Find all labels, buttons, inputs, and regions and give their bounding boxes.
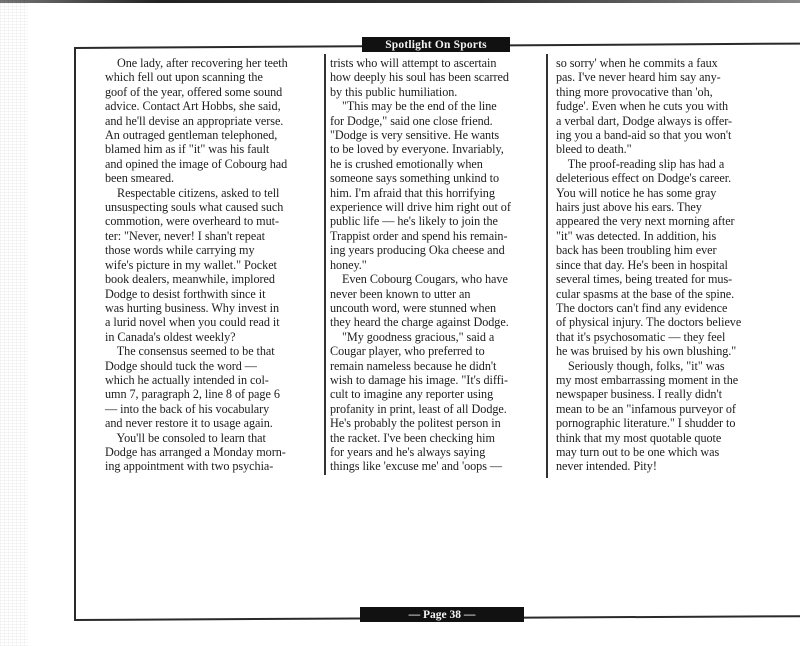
text-line: "This may be the end of the line bbox=[330, 99, 542, 113]
text-line: cular spasms at the base of the spine. bbox=[556, 287, 781, 301]
text-line: Even Cobourg Cougars, who have bbox=[330, 272, 542, 286]
text-line: hairs just above his ears. They bbox=[556, 200, 781, 214]
text-line: for Dodge," said one close friend. bbox=[330, 114, 542, 128]
text-line: which fell out upon scanning the bbox=[105, 70, 317, 84]
article-column-3: so sorry' when he commits a fauxpas. I'v… bbox=[556, 56, 781, 474]
text-line: uncouth word, were stunned when bbox=[330, 301, 542, 315]
text-line: Dodge has arranged a Monday morn- bbox=[105, 445, 317, 459]
text-line: thing more provocative than 'oh, bbox=[556, 85, 781, 99]
text-line: The doctors can't find any evidence bbox=[556, 301, 781, 315]
text-line: He's probably the politest person in bbox=[330, 416, 542, 430]
text-line: was hurting business. Why invest in bbox=[105, 301, 317, 315]
text-line: and opined the image of Cobourg had bbox=[105, 157, 317, 171]
text-line: appeared the very next morning after bbox=[556, 214, 781, 228]
text-line: honey." bbox=[330, 258, 542, 272]
text-line: since that day. He's been in hospital bbox=[556, 258, 781, 272]
text-line: umn 7, paragraph 2, line 8 of page 6 bbox=[105, 387, 317, 401]
text-line: back has been troubling him ever bbox=[556, 243, 781, 257]
text-line: may turn out to be one which was bbox=[556, 445, 781, 459]
text-line: been smeared. bbox=[105, 171, 317, 185]
text-line: The proof-reading slip has had a bbox=[556, 157, 781, 171]
article-column-1: One lady, after recovering her teethwhic… bbox=[105, 56, 317, 474]
page-number: — Page 38 — bbox=[360, 607, 524, 622]
text-line: experience will drive him right out of bbox=[330, 200, 542, 214]
text-line: — into the back of his vocabulary bbox=[105, 402, 317, 416]
text-line: You will notice he has some gray bbox=[556, 186, 781, 200]
text-line: and never restore it to usage again. bbox=[105, 416, 317, 430]
text-line: blamed him as if "it" was his fault bbox=[105, 142, 317, 156]
column-divider bbox=[546, 54, 548, 478]
text-line: they heard the charge against Dodge. bbox=[330, 315, 542, 329]
text-line: deleterious effect on Dodge's career. bbox=[556, 171, 781, 185]
scan-left-margin-noise bbox=[0, 0, 28, 646]
text-line: The consensus seemed to be that bbox=[105, 344, 317, 358]
text-line: a lurid novel when you could read it bbox=[105, 315, 317, 329]
column-divider bbox=[324, 54, 326, 475]
text-line: him. I'm afraid that this horrifying bbox=[330, 186, 542, 200]
text-line: "it" was detected. In addition, his bbox=[556, 229, 781, 243]
text-line: so sorry' when he commits a faux bbox=[556, 56, 781, 70]
text-line: a verbal dart, Dodge always is offer- bbox=[556, 114, 781, 128]
text-line: he was bruised by his own blushing." bbox=[556, 344, 781, 358]
text-line: ing years producing Oka cheese and bbox=[330, 243, 542, 257]
text-line: which he actually intended in col- bbox=[105, 373, 317, 387]
text-line: someone says something unkind to bbox=[330, 171, 542, 185]
text-line: advice. Contact Art Hobbs, she said, bbox=[105, 99, 317, 113]
text-line: never been known to utter an bbox=[330, 287, 542, 301]
text-line: trists who will attempt to ascertain bbox=[330, 56, 542, 70]
text-line: One lady, after recovering her teeth bbox=[105, 56, 317, 70]
text-line: by this public humiliation. bbox=[330, 85, 542, 99]
text-line: newspaper business. I really didn't bbox=[556, 387, 781, 401]
text-line: mean to be an "infamous purveyor of bbox=[556, 402, 781, 416]
text-line: things like 'excuse me' and 'oops — bbox=[330, 459, 542, 473]
text-line: Dodge should tuck the word — bbox=[105, 359, 317, 373]
text-line: several times, being treated for mus- bbox=[556, 272, 781, 286]
text-line: in Canada's oldest weekly? bbox=[105, 330, 317, 344]
text-line: You'll be consoled to learn that bbox=[105, 431, 317, 445]
text-line: ing appointment with two psychia- bbox=[105, 459, 317, 473]
text-line: wife's picture in my wallet." Pocket bbox=[105, 258, 317, 272]
text-line: my most embarrassing moment in the bbox=[556, 373, 781, 387]
text-line: profanity in print, least of all Dodge. bbox=[330, 402, 542, 416]
text-line: Seriously though, folks, "it" was bbox=[556, 359, 781, 373]
text-line: Dodge to desist forthwith since it bbox=[105, 287, 317, 301]
article-column-2: trists who will attempt to ascertainhow … bbox=[330, 56, 542, 474]
text-line: ter: "Never, never! I shan't repeat bbox=[105, 229, 317, 243]
text-line: commotion, were overheard to mut- bbox=[105, 214, 317, 228]
text-line: "My goodness gracious," said a bbox=[330, 330, 542, 344]
text-line: goof of the year, offered some sound bbox=[105, 85, 317, 99]
text-line: wish to damage his image. "It's diffi- bbox=[330, 373, 542, 387]
text-line: fudge'. Even when he cuts you with bbox=[556, 99, 781, 113]
text-line: public life — he's likely to join the bbox=[330, 214, 542, 228]
text-line: Cougar player, who preferred to bbox=[330, 344, 542, 358]
text-line: of physical injury. The doctors believe bbox=[556, 315, 781, 329]
frame-left-border bbox=[74, 48, 76, 621]
text-line: An outraged gentleman telephoned, bbox=[105, 128, 317, 142]
text-line: pas. I've never heard him say any- bbox=[556, 70, 781, 84]
section-title: Spotlight On Sports bbox=[362, 37, 510, 52]
text-line: and he'll devise an appropriate verse. bbox=[105, 114, 317, 128]
text-line: pornographic literature." I shudder to bbox=[556, 416, 781, 430]
text-line: Trappist order and spend his remain- bbox=[330, 229, 542, 243]
text-line: Respectable citizens, asked to tell bbox=[105, 186, 317, 200]
text-line: think that my most quotable quote bbox=[556, 431, 781, 445]
text-line: those words while carrying my bbox=[105, 243, 317, 257]
text-line: the racket. I've been checking him bbox=[330, 431, 542, 445]
text-line: never intended. Pity! bbox=[556, 459, 781, 473]
text-line: cult to imagine any reporter using bbox=[330, 387, 542, 401]
text-line: how deeply his soul has been scarred bbox=[330, 70, 542, 84]
text-line: book dealers, meanwhile, implored bbox=[105, 272, 317, 286]
text-line: to be loved by everyone. Invariably, bbox=[330, 142, 542, 156]
text-line: bleed to death." bbox=[556, 142, 781, 156]
text-line: unsuspecting souls what caused such bbox=[105, 200, 317, 214]
text-line: that it's psychosomatic — they feel bbox=[556, 330, 781, 344]
scan-top-edge bbox=[0, 0, 800, 3]
text-line: for years and he's always saying bbox=[330, 445, 542, 459]
text-line: remain nameless because he didn't bbox=[330, 359, 542, 373]
text-line: "Dodge is very sensitive. He wants bbox=[330, 128, 542, 142]
text-line: he is crushed emotionally when bbox=[330, 157, 542, 171]
text-line: ing you a band-aid so that you won't bbox=[556, 128, 781, 142]
